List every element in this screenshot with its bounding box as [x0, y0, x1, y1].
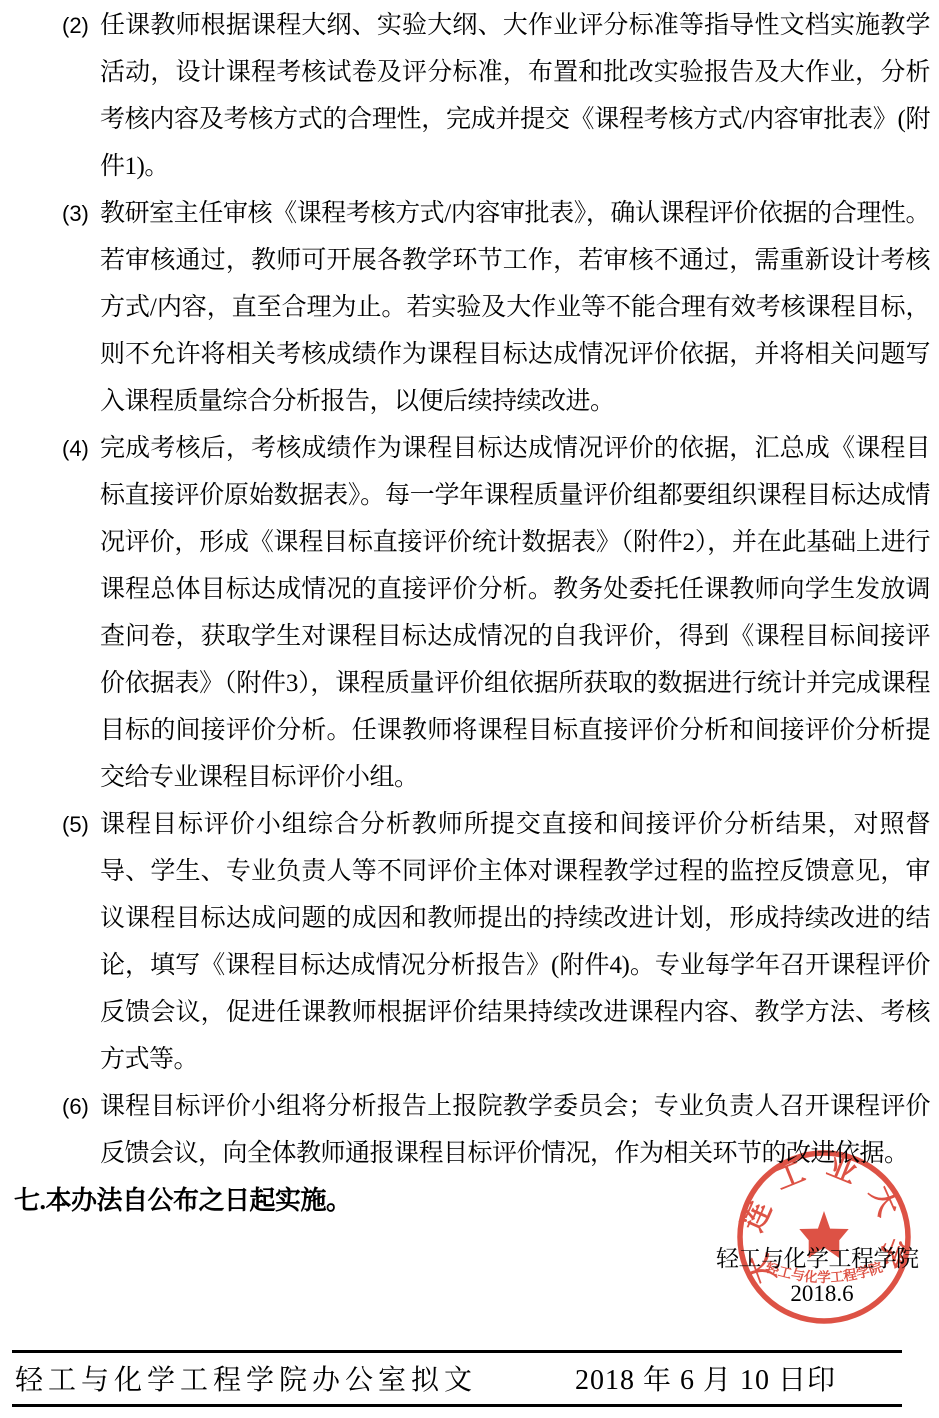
item-number: (6) — [62, 1083, 100, 1130]
list-item: (4) 完成考核后，考核成绩作为课程目标达成情况评价的依据，汇总成《课程目标直接… — [0, 425, 930, 801]
body-list: (2) 任课教师根据课程大纲、实验大纲、大作业评分标准等指导性文档实施教学活动，… — [0, 2, 930, 1224]
item-number: (3) — [62, 190, 100, 237]
item-number: (4) — [62, 425, 100, 472]
footer-drafting-office: 轻工与化学工程学院办公室拟文 — [15, 1358, 477, 1398]
footer-top-rule — [12, 1350, 902, 1353]
item-text: 教研室主任审核《课程考核方式/内容审批表》，确认课程评价依据的合理性。若审核通过… — [100, 190, 930, 425]
item-text: 任课教师根据课程大纲、实验大纲、大作业评分标准等指导性文档实施教学活动，设计课程… — [100, 2, 930, 190]
item-text: 课程目标评价小组综合分析教师所提交直接和间接评价分析结果，对照督导、学生、专业负… — [100, 801, 930, 1083]
seal-college-text: 轻工与化学工程学院 — [763, 1258, 885, 1285]
star-icon — [799, 1211, 848, 1258]
item-number: (2) — [62, 2, 100, 49]
list-item: (5) 课程目标评价小组综合分析教师所提交直接和间接评价分析结果，对照督导、学生… — [0, 801, 930, 1083]
list-item: (2) 任课教师根据课程大纲、实验大纲、大作业评分标准等指导性文档实施教学活动，… — [0, 2, 930, 190]
footer-bottom-rule — [12, 1404, 902, 1407]
item-number: (5) — [62, 801, 100, 848]
item-text: 完成考核后，考核成绩作为课程目标达成情况评价的依据，汇总成《课程目标直接评价原始… — [100, 425, 930, 801]
footer-print-date: 2018 年 6 月 10 日印 — [575, 1358, 836, 1398]
document-page: (2) 任课教师根据课程大纲、实验大纲、大作业评分标准等指导性文档实施教学活动，… — [0, 0, 939, 1418]
list-item: (3) 教研室主任审核《课程考核方式/内容审批表》，确认课程评价依据的合理性。若… — [0, 190, 930, 425]
university-seal-stamp: 大连工业大学 轻工与化学工程学院 — [730, 1144, 920, 1334]
